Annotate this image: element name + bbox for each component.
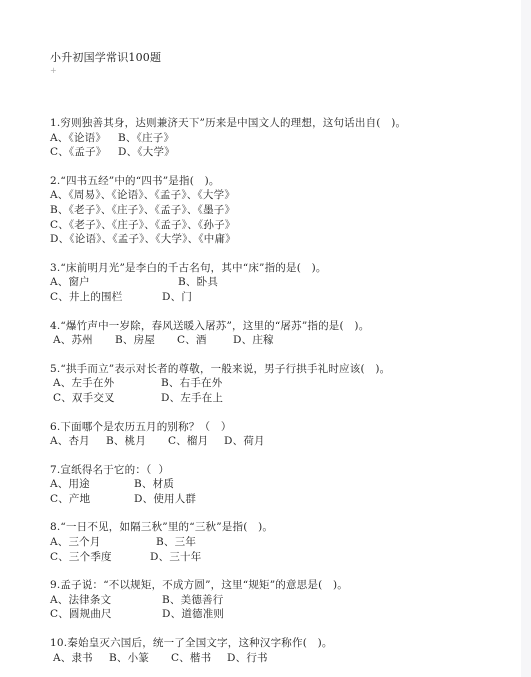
option-b: B、小篆 (109, 651, 171, 666)
page-edge (521, 0, 531, 677)
question-2: 2.“四书五经”中的“四书”是指( )。 A、《周易》、《论语》、《孟子》、《大… (50, 174, 510, 247)
option-b: B、材质 (134, 477, 174, 492)
question-1: 1.穷则独善其身，达则兼济天下”历来是中国文人的理想，这句话出自( )。 A、《… (50, 116, 510, 160)
option-b: B、美德善行 (162, 593, 223, 608)
question-3: 3.“床前明月光”是李白的千古名句，其中“床”指的是( )。 A、窗户 B、卧具… (50, 261, 510, 305)
option-c: C、《孟子》 (50, 145, 118, 160)
question-text: 9.孟子说：“不以规矩，不成方圆”，这里“规矩”的意思是( )。 (50, 578, 510, 593)
option-a: A、杏月 (50, 434, 106, 449)
option-b: B、卧具 (178, 275, 218, 290)
option-b: B、《老子》、《庄子》、《孟子》、《墨子》 (50, 203, 510, 218)
question-5: 5.“拱手而立”表示对长者的尊敬，一般来说，男子行拱手礼时应该( )。 A、左手… (50, 362, 510, 406)
document-title: 小升初国学常识100题 (50, 50, 510, 66)
option-c: C、三个季度 (50, 550, 150, 565)
option-a: A、左手在外 (53, 376, 161, 391)
option-a: A、法律条文 (50, 593, 162, 608)
option-d: D、左手在上 (161, 391, 223, 406)
option-c: C、酒 (177, 333, 233, 348)
paragraph-mark: + (50, 66, 510, 76)
option-a: A、苏州 (53, 333, 115, 348)
question-text: 4.“爆竹声中一岁除，春风送暖入屠苏”，这里的“屠苏”指的是( )。 (50, 319, 510, 334)
option-row: A、窗户 B、卧具 (50, 275, 510, 290)
question-text: 6.下面哪个是农历五月的别称？（ ） (50, 420, 510, 435)
question-text: 10.秦始皇灭六国后，统一了全国文字，这种汉字称作( )。 (50, 636, 510, 651)
option-c: C、榴月 (168, 434, 224, 449)
option-d: D、道德准则 (162, 607, 224, 622)
option-b: B、右手在外 (161, 376, 222, 391)
option-d: D、《论语》、《孟子》、《大学》、《中庸》 (50, 232, 510, 247)
option-c: C、《老子》、《庄子》、《孟子》、《孙子》 (50, 218, 510, 233)
option-c: C、双手交叉 (53, 391, 161, 406)
option-row: C、圆规曲尺 D、道德准则 (50, 607, 510, 622)
option-row: C、《孟子》 D、《大学》 (50, 145, 510, 160)
question-text: 5.“拱手而立”表示对长者的尊敬，一般来说，男子行拱手礼时应该( )。 (50, 362, 510, 377)
question-text: 1.穷则独善其身，达则兼济天下”历来是中国文人的理想，这句话出自( )。 (50, 116, 510, 131)
option-row: A、杏月 B、桃月 C、榴月 D、荷月 (50, 434, 510, 449)
option-a: A、用途 (50, 477, 134, 492)
option-row: A、《论语》 B、《庄子》 (50, 131, 510, 146)
option-row: A、三个月 B、三年 (50, 535, 510, 550)
option-row: C、三个季度 D、三十年 (50, 550, 510, 565)
question-text: 2.“四书五经”中的“四书”是指( )。 (50, 174, 510, 189)
option-b: B、三年 (156, 535, 196, 550)
question-text: 3.“床前明月光”是李白的千古名句，其中“床”指的是( )。 (50, 261, 510, 276)
question-text: 8.“一日不见，如隔三秋”里的“三秋”是指( )。 (50, 520, 510, 535)
document-page: 小升初国学常识100题 + 1.穷则独善其身，达则兼济天下”历来是中国文人的理想… (50, 50, 510, 677)
option-d: D、荷月 (224, 434, 265, 449)
option-row: A、苏州 B、房屋 C、酒 D、庄稼 (50, 333, 510, 348)
option-b: B、房屋 (115, 333, 177, 348)
option-b: B、桃月 (106, 434, 168, 449)
question-7: 7.宣纸得名于它的：（ ） A、用途 B、材质 C、产地 D、使用人群 (50, 463, 510, 507)
option-b: B、《庄子》 (118, 131, 174, 146)
option-c: C、圆规曲尺 (50, 607, 162, 622)
option-row: A、隶书 B、小篆 C、楷书 D、行书 (50, 651, 510, 666)
option-row: A、法律条文 B、美德善行 (50, 593, 510, 608)
option-row: C、井上的围栏 D、门 (50, 290, 510, 305)
question-text: 7.宣纸得名于它的：（ ） (50, 463, 510, 478)
option-row: C、双手交叉 D、左手在上 (50, 391, 510, 406)
question-10: 10.秦始皇灭六国后，统一了全国文字，这种汉字称作( )。 A、隶书 B、小篆 … (50, 636, 510, 665)
option-c: C、井上的围栏 (50, 290, 162, 305)
option-row: C、产地 D、使用人群 (50, 492, 510, 507)
option-d: D、庄稼 (233, 333, 274, 348)
option-a: A、《周易》、《论语》、《孟子》、《大学》 (50, 188, 510, 203)
option-c: C、楷书 (171, 651, 227, 666)
option-d: D、使用人群 (134, 492, 196, 507)
question-8: 8.“一日不见，如隔三秋”里的“三秋”是指( )。 A、三个月 B、三年 C、三… (50, 520, 510, 564)
option-a: A、《论语》 (50, 131, 118, 146)
question-4: 4.“爆竹声中一岁除，春风送暖入屠苏”，这里的“屠苏”指的是( )。 A、苏州 … (50, 319, 510, 348)
option-d: D、门 (162, 290, 192, 305)
option-d: D、《大学》 (118, 145, 175, 160)
question-6: 6.下面哪个是农历五月的别称？（ ） A、杏月 B、桃月 C、榴月 D、荷月 (50, 420, 510, 449)
option-a: A、隶书 (53, 651, 109, 666)
option-row: A、用途 B、材质 (50, 477, 510, 492)
option-a: A、窗户 (50, 275, 178, 290)
option-row: A、左手在外 B、右手在外 (50, 376, 510, 391)
option-c: C、产地 (50, 492, 134, 507)
option-d: D、三十年 (150, 550, 201, 565)
option-a: A、三个月 (50, 535, 156, 550)
question-9: 9.孟子说：“不以规矩，不成方圆”，这里“规矩”的意思是( )。 A、法律条文 … (50, 578, 510, 622)
option-d: D、行书 (227, 651, 268, 666)
